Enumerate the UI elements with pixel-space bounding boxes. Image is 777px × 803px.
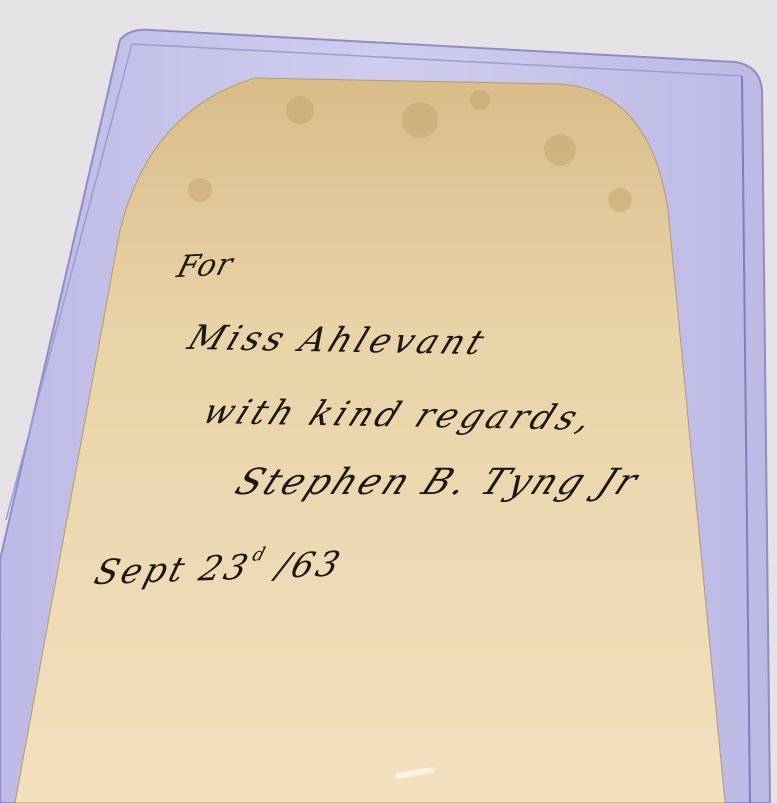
date-year: /63 bbox=[258, 544, 347, 587]
inscription-line-recipient: Miss Ahlevant bbox=[182, 318, 493, 363]
inscription-date: Sept 23d /63 bbox=[90, 541, 348, 593]
photo-scene: For Miss Ahlevant with kind regards, Ste… bbox=[0, 0, 777, 803]
date-main: Sept 23 bbox=[90, 547, 255, 593]
inscription-line-regards: with kind regards, bbox=[197, 392, 603, 439]
inscription-signature: Stephen B. Tyng Jr bbox=[229, 462, 647, 503]
inscription-line-for: For bbox=[173, 247, 237, 285]
